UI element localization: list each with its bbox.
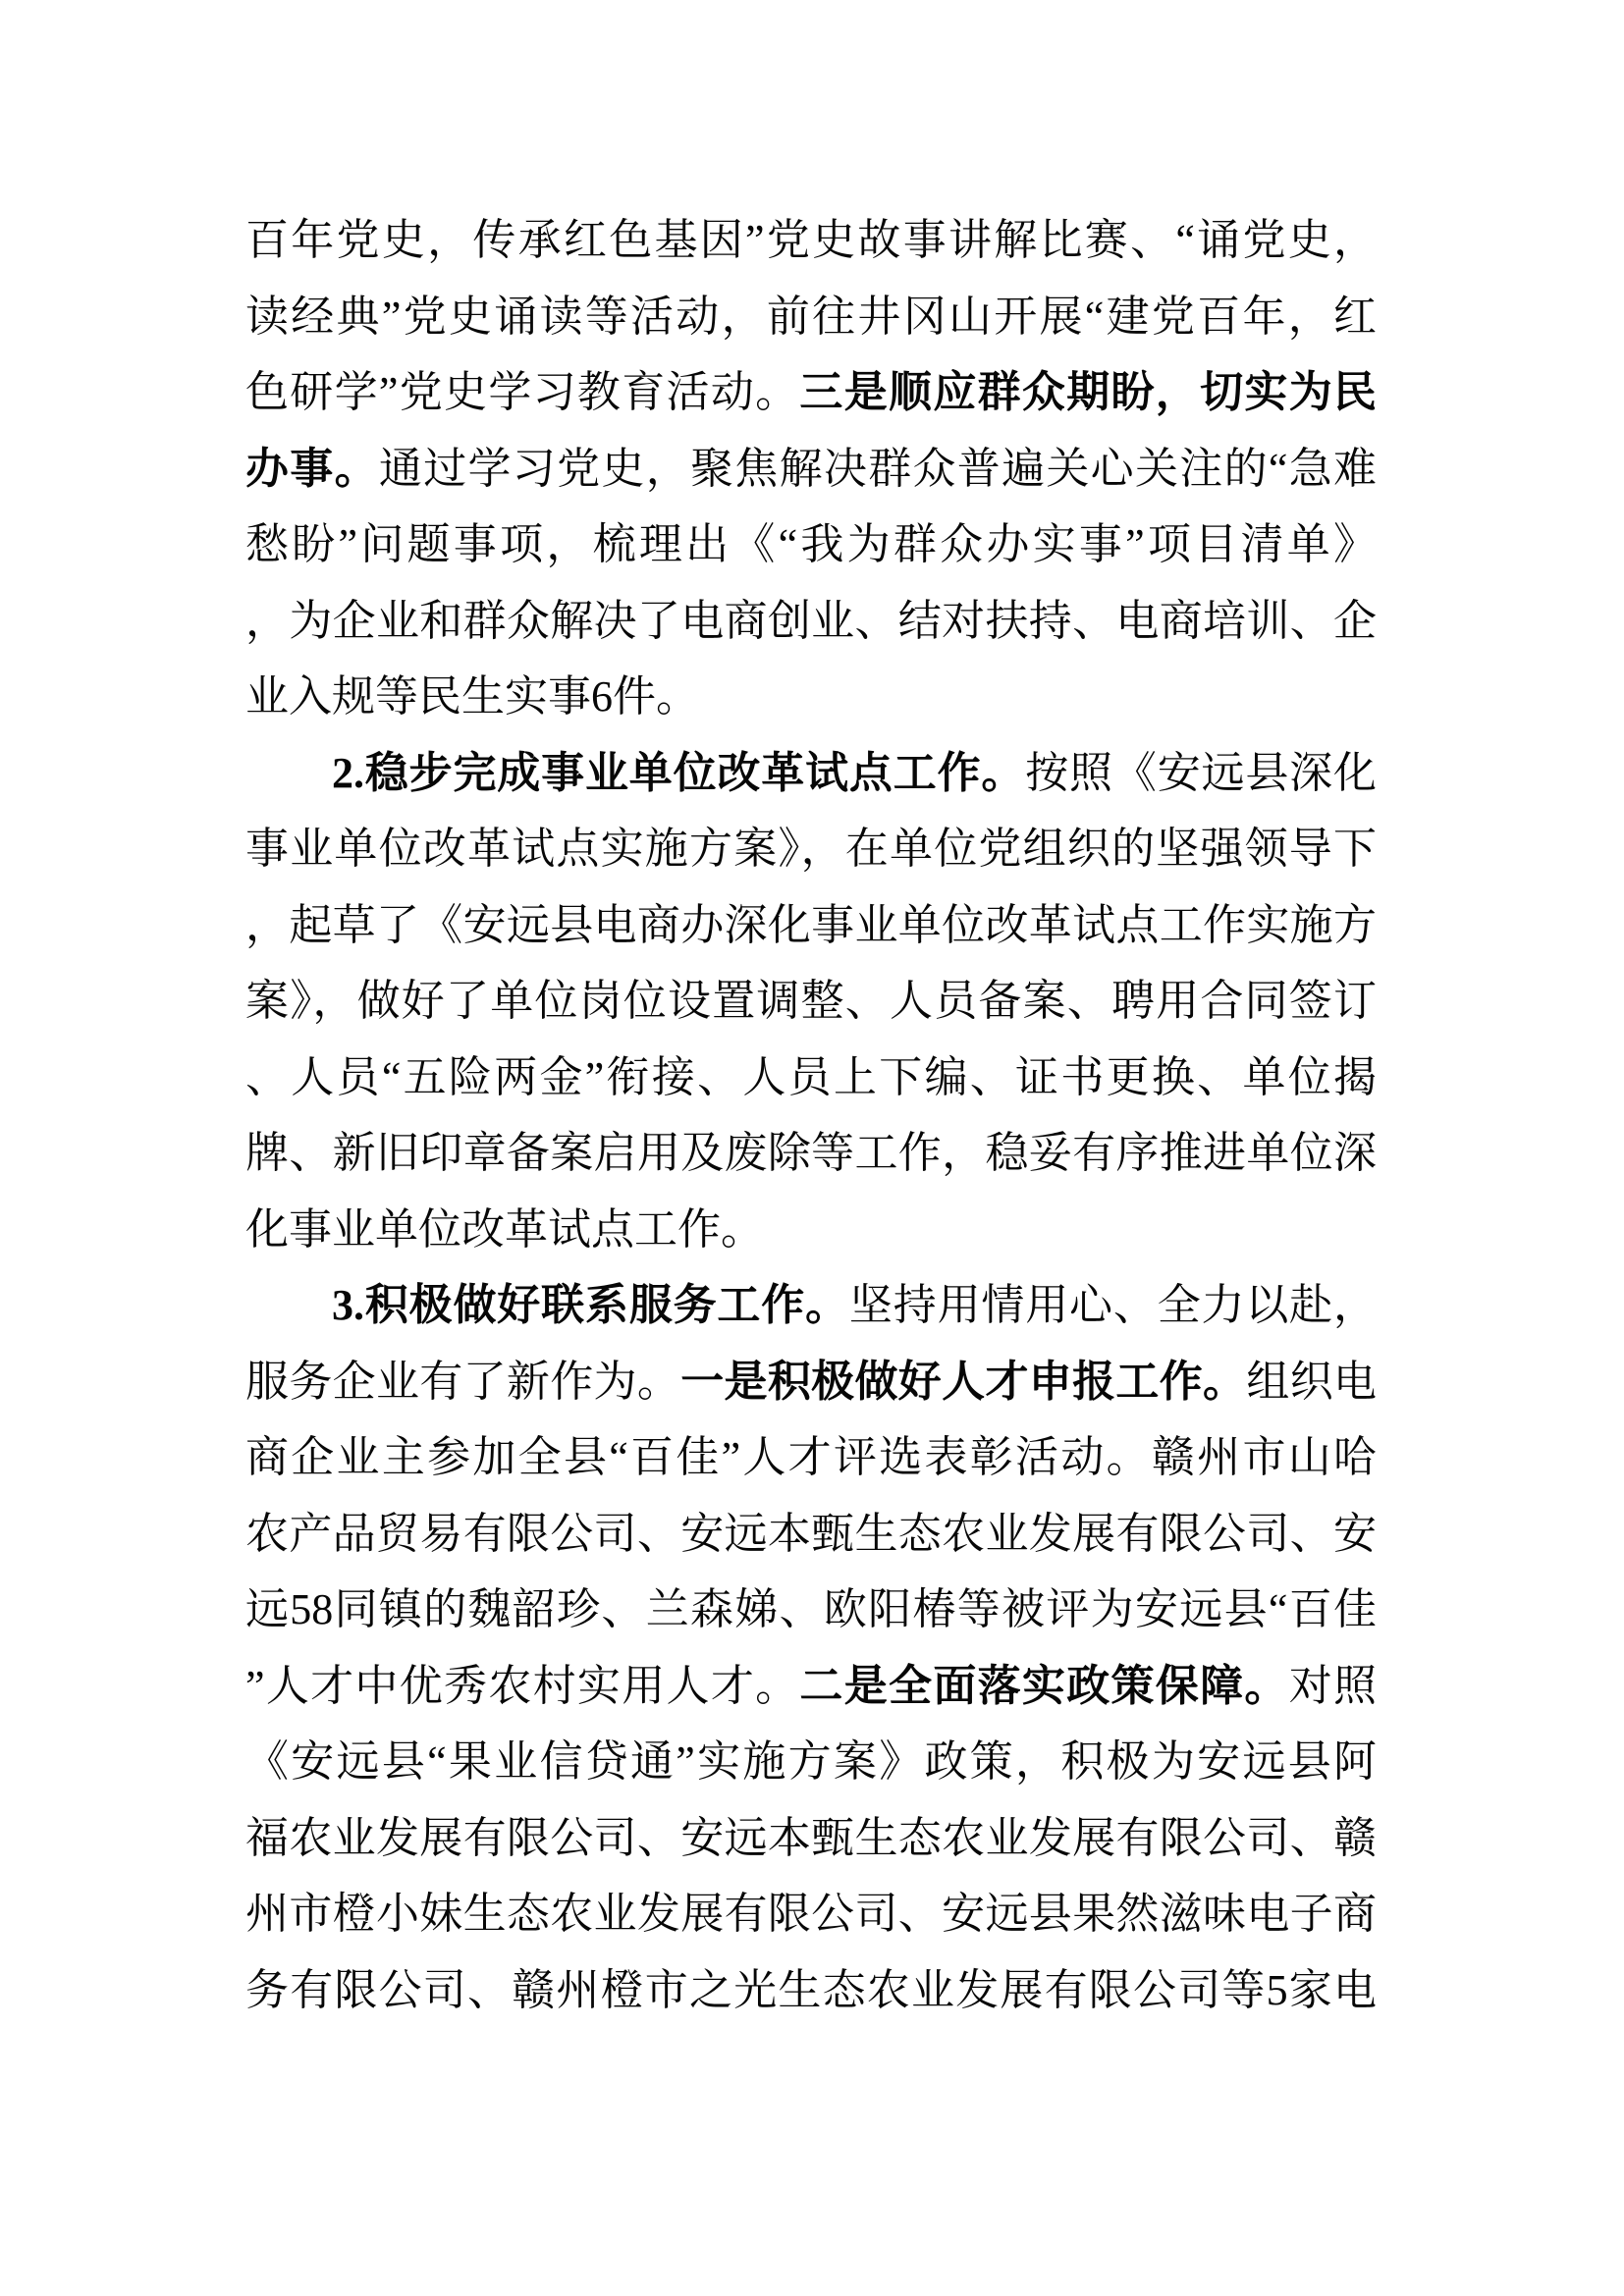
text-line-p2-7: 化事业单位改革试点工作。 xyxy=(245,1192,1377,1268)
document-page: 百年党史，传承红色基因”党史故事讲解比赛、“诵党史，读经典”党史诵读等活动，前往… xyxy=(0,0,1624,2296)
text-segment: ，为企业和群众解决了电商创业、结对扶持、电商培训、企 xyxy=(245,597,1377,645)
text-line-p3-7: 《安远县“果业信贷通”实施方案》政策，积极为安远县阿 xyxy=(245,1724,1377,1800)
text-segment: 色研学”党史学习教育活动。 xyxy=(245,368,799,416)
text-segment: 农产品贸易有限公司、安远本甄生态农业发展有限公司、安 xyxy=(245,1510,1377,1558)
text-line-p1-4: 办事。通过学习党史，聚焦解决群众普遍关心关注的“急难 xyxy=(245,431,1377,507)
bold-text-segment: 一是积极做好人才申报工作。 xyxy=(680,1358,1246,1406)
bold-text-segment: 二是全面落实政策保障。 xyxy=(799,1662,1288,1710)
text-line-p3-6: ”人才中优秀农村实用人才。二是全面落实政策保障。对照 xyxy=(245,1648,1377,1725)
text-line-p2-6: 牌、新旧印章备案启用及废除等工作，稳妥有序推进单位深 xyxy=(245,1115,1377,1192)
bold-text-segment: 办事。 xyxy=(245,445,379,493)
text-line-p1-7: 业入规等民生实事6件。 xyxy=(245,659,1377,735)
text-segment: 读经典”党史诵读等活动，前往井冈山开展“建党百年，红 xyxy=(245,293,1377,341)
text-line-p3-9: 州市橙小妹生态农业发展有限公司、安远县果然滋味电子商 xyxy=(245,1876,1377,1952)
text-segment: 坚持用情用心、全力以赴， xyxy=(849,1281,1377,1329)
text-line-p3-8: 福农业发展有限公司、安远本甄生态农业发展有限公司、赣 xyxy=(245,1800,1377,1877)
text-line-p2-1: 2.稳步完成事业单位改革试点工作。按照《安远县深化 xyxy=(245,735,1377,812)
text-line-p1-3: 色研学”党史学习教育活动。三是顺应群众期盼，切实为民 xyxy=(245,354,1377,431)
text-segment: ，起草了《安远县电商办深化事业单位改革试点工作实施方 xyxy=(245,901,1377,949)
text-segment: 事业单位改革试点实施方案》，在单位党组织的坚强领导下 xyxy=(245,825,1377,873)
bold-text-segment: 3.积极做好联系服务工作。 xyxy=(332,1281,849,1329)
text-segment: 务有限公司、赣州橙市之光生态农业发展有限公司等5家电 xyxy=(245,1966,1377,2014)
text-line-p1-5: 愁盼”问题事项，梳理出《“我为群众办实事”项目清单》 xyxy=(245,507,1377,583)
text-line-p1-2: 读经典”党史诵读等活动，前往井冈山开展“建党百年，红 xyxy=(245,279,1377,355)
document-body-text: 百年党史，传承红色基因”党史故事讲解比赛、“诵党史，读经典”党史诵读等活动，前往… xyxy=(245,202,1377,2028)
text-segment: 、人员“五险两金”衔接、人员上下编、证书更换、单位揭 xyxy=(245,1053,1377,1101)
text-line-p3-1: 3.积极做好联系服务工作。坚持用情用心、全力以赴， xyxy=(245,1267,1377,1344)
text-segment: 业入规等民生实事6件。 xyxy=(245,672,699,721)
text-line-p3-2: 服务企业有了新作为。一是积极做好人才申报工作。组织电 xyxy=(245,1344,1377,1420)
bold-text-segment: 2.稳步完成事业单位改革试点工作。 xyxy=(332,749,1025,797)
text-line-p1-6: ，为企业和群众解决了电商创业、结对扶持、电商培训、企 xyxy=(245,583,1377,660)
text-segment: 化事业单位改革试点工作。 xyxy=(245,1205,764,1254)
text-line-p3-5: 远58同镇的魏韶珍、兰森娣、欧阳椿等被评为安远县“百佳 xyxy=(245,1572,1377,1648)
text-line-p1-1: 百年党史，传承红色基因”党史故事讲解比赛、“诵党史， xyxy=(245,202,1377,279)
text-segment: 案》，做好了单位岗位设置调整、人员备案、聘用合同签订 xyxy=(245,977,1377,1025)
text-line-p3-10: 务有限公司、赣州橙市之光生态农业发展有限公司等5家电 xyxy=(245,1952,1377,2029)
text-line-p2-3: ，起草了《安远县电商办深化事业单位改革试点工作实施方 xyxy=(245,887,1377,964)
text-segment: 组织电 xyxy=(1246,1358,1377,1406)
text-segment: 愁盼”问题事项，梳理出《“我为群众办实事”项目清单》 xyxy=(245,520,1377,568)
text-segment: 通过学习党史，聚焦解决群众普遍关心关注的“急难 xyxy=(379,445,1377,493)
text-line-p3-3: 商企业主参加全县“百佳”人才评选表彰活动。赣州市山哈 xyxy=(245,1419,1377,1496)
bold-text-segment: 三是顺应群众期盼，切实为民 xyxy=(799,368,1377,416)
text-line-p2-2: 事业单位改革试点实施方案》，在单位党组织的坚强领导下 xyxy=(245,811,1377,887)
text-segment: 按照《安远县深化 xyxy=(1025,749,1377,797)
text-segment: 服务企业有了新作为。 xyxy=(245,1358,680,1406)
text-segment: 商企业主参加全县“百佳”人才评选表彰活动。赣州市山哈 xyxy=(245,1433,1377,1481)
text-segment: 对照 xyxy=(1289,1662,1377,1710)
text-segment: 远58同镇的魏韶珍、兰森娣、欧阳椿等被评为安远县“百佳 xyxy=(245,1585,1377,1633)
text-segment: ”人才中优秀农村实用人才。 xyxy=(245,1662,799,1710)
text-line-p2-4: 案》，做好了单位岗位设置调整、人员备案、聘用合同签订 xyxy=(245,963,1377,1040)
text-segment: 《安远县“果业信贷通”实施方案》政策，积极为安远县阿 xyxy=(245,1737,1377,1786)
text-line-p3-4: 农产品贸易有限公司、安远本甄生态农业发展有限公司、安 xyxy=(245,1496,1377,1573)
text-segment: 牌、新旧印章备案启用及废除等工作，稳妥有序推进单位深 xyxy=(245,1129,1377,1177)
text-segment: 福农业发展有限公司、安远本甄生态农业发展有限公司、赣 xyxy=(245,1814,1377,1862)
text-segment: 州市橙小妹生态农业发展有限公司、安远县果然滋味电子商 xyxy=(245,1890,1377,1938)
text-segment: 百年党史，传承红色基因”党史故事讲解比赛、“诵党史， xyxy=(245,216,1377,264)
text-line-p2-5: 、人员“五险两金”衔接、人员上下编、证书更换、单位揭 xyxy=(245,1040,1377,1116)
